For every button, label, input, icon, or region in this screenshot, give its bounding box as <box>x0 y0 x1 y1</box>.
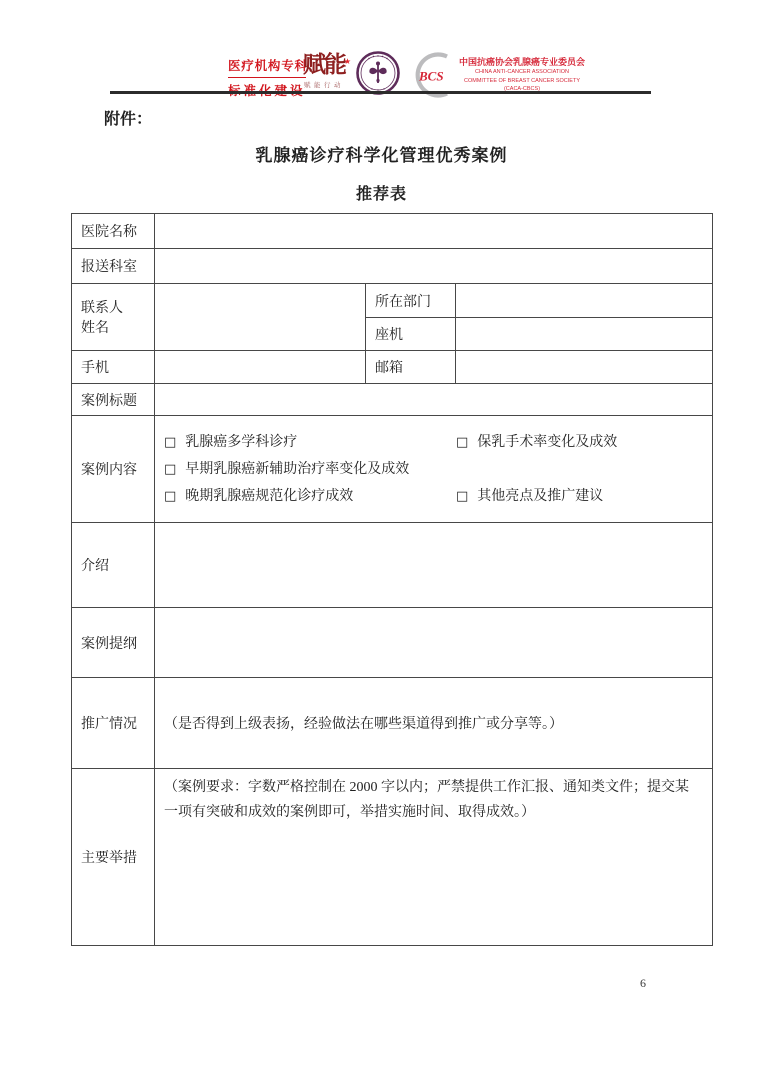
contact-name-field[interactable] <box>155 284 366 351</box>
contact-name-label: 联系人 姓名 <box>72 284 155 351</box>
department-in-label: 所在部门 <box>366 284 456 318</box>
intro-field[interactable] <box>155 523 713 608</box>
table-row: 介绍 <box>72 523 713 608</box>
association-name-en1: CHINA ANTI-CANCER ASSOCIATION <box>459 69 585 77</box>
table-row: 主要举措 （案例要求：字数严格控制在 2000 字以内；严禁提供工作汇报、通知类… <box>72 769 713 946</box>
table-row: 报送科室 <box>72 249 713 284</box>
document-page: 医疗机构专科 标准化建设 赋能★ 赋能行动 BCS 中国抗癌协会乳腺癌专业委员会… <box>0 0 763 1080</box>
measures-hint: （案例要求：字数严格控制在 2000 字以内；严禁提供工作汇报、通知类文件；提交… <box>155 769 713 946</box>
program-logo-line1: 医疗机构专科 <box>228 56 306 78</box>
option-breast-conserving: □保乳手术率变化及成效 <box>456 429 617 456</box>
table-row: 手机 邮箱 <box>72 351 713 384</box>
promotion-label: 推广情况 <box>72 678 155 769</box>
association-name-en2: COMMITTEE OF BREAST CANCER SOCIETY <box>459 78 585 86</box>
table-row: 医院名称 <box>72 214 713 249</box>
department-in-field[interactable] <box>456 284 713 318</box>
checkbox-icon[interactable]: □ <box>164 435 176 450</box>
page-subtitle: 推荐表 <box>0 181 763 204</box>
checkbox-icon[interactable]: □ <box>456 489 468 504</box>
measures-label: 主要举措 <box>72 769 155 946</box>
outline-label: 案例提纲 <box>72 608 155 678</box>
program-logo-line2: 标准化建设 <box>228 81 306 99</box>
option-neoadjuvant: □早期乳腺癌新辅助治疗率变化及成效 <box>164 456 456 483</box>
page-title: 乳腺癌诊疗科学化管理优秀案例 <box>0 141 763 166</box>
hospital-name-label: 医院名称 <box>72 214 155 249</box>
table-row: 案例标题 <box>72 384 713 416</box>
intro-label: 介绍 <box>72 523 155 608</box>
table-row: 案例内容 □乳腺癌多学科诊疗 □保乳手术率变化及成效 □早期乳腺癌新辅助治疗率变… <box>72 416 713 523</box>
checkbox-icon[interactable]: □ <box>164 489 176 504</box>
email-label: 邮箱 <box>366 351 456 384</box>
table-row: 推广情况 （是否得到上级表扬，经验做法在哪些渠道得到推广或分享等。） <box>72 678 713 769</box>
mobile-field[interactable] <box>155 351 366 384</box>
funeng-wordmark: 赋能★ <box>303 52 345 78</box>
case-content-label: 案例内容 <box>72 416 155 523</box>
outline-field[interactable] <box>155 608 713 678</box>
email-field[interactable] <box>456 351 713 384</box>
bcs-wordmark: BCS <box>418 69 444 84</box>
funeng-logo: 赋能★ 赋能行动 <box>300 52 348 89</box>
attachment-label: 附件： <box>104 106 152 129</box>
checkbox-icon[interactable]: □ <box>456 435 468 450</box>
university-seal-icon <box>355 50 401 96</box>
case-title-label: 案例标题 <box>72 384 155 416</box>
case-title-field[interactable] <box>155 384 713 416</box>
option-advanced-standardized: □晚期乳腺癌规范化诊疗成效 <box>164 483 456 510</box>
association-name-cn: 中国抗癌协会乳腺癌专业委员会 <box>459 55 585 68</box>
promotion-hint: （是否得到上级表扬，经验做法在哪些渠道得到推广或分享等。） <box>155 678 713 769</box>
hospital-name-field[interactable] <box>155 214 713 249</box>
table-row: 联系人 姓名 所在部门 <box>72 284 713 318</box>
recommendation-form-table: 医院名称 报送科室 联系人 姓名 所在部门 座机 手机 <box>71 213 713 946</box>
option-other-highlights: □其他亮点及推广建议 <box>456 483 603 510</box>
page-number: 6 <box>640 976 646 991</box>
landline-label: 座机 <box>366 318 456 351</box>
case-content-options: □乳腺癌多学科诊疗 □保乳手术率变化及成效 □早期乳腺癌新辅助治疗率变化及成效 … <box>155 416 713 523</box>
checkbox-icon[interactable]: □ <box>164 462 176 477</box>
association-logo: 中国抗癌协会乳腺癌专业委员会 CHINA ANTI-CANCER ASSOCIA… <box>459 55 585 94</box>
header-divider <box>110 91 651 94</box>
reporting-dept-field[interactable] <box>155 249 713 284</box>
reporting-dept-label: 报送科室 <box>72 249 155 284</box>
star-icon: ★ <box>344 49 349 75</box>
table-row: 案例提纲 <box>72 608 713 678</box>
funeng-tagline: 赋能行动 <box>300 80 348 89</box>
landline-field[interactable] <box>456 318 713 351</box>
mobile-label: 手机 <box>72 351 155 384</box>
option-mdt: □乳腺癌多学科诊疗 <box>164 429 456 456</box>
